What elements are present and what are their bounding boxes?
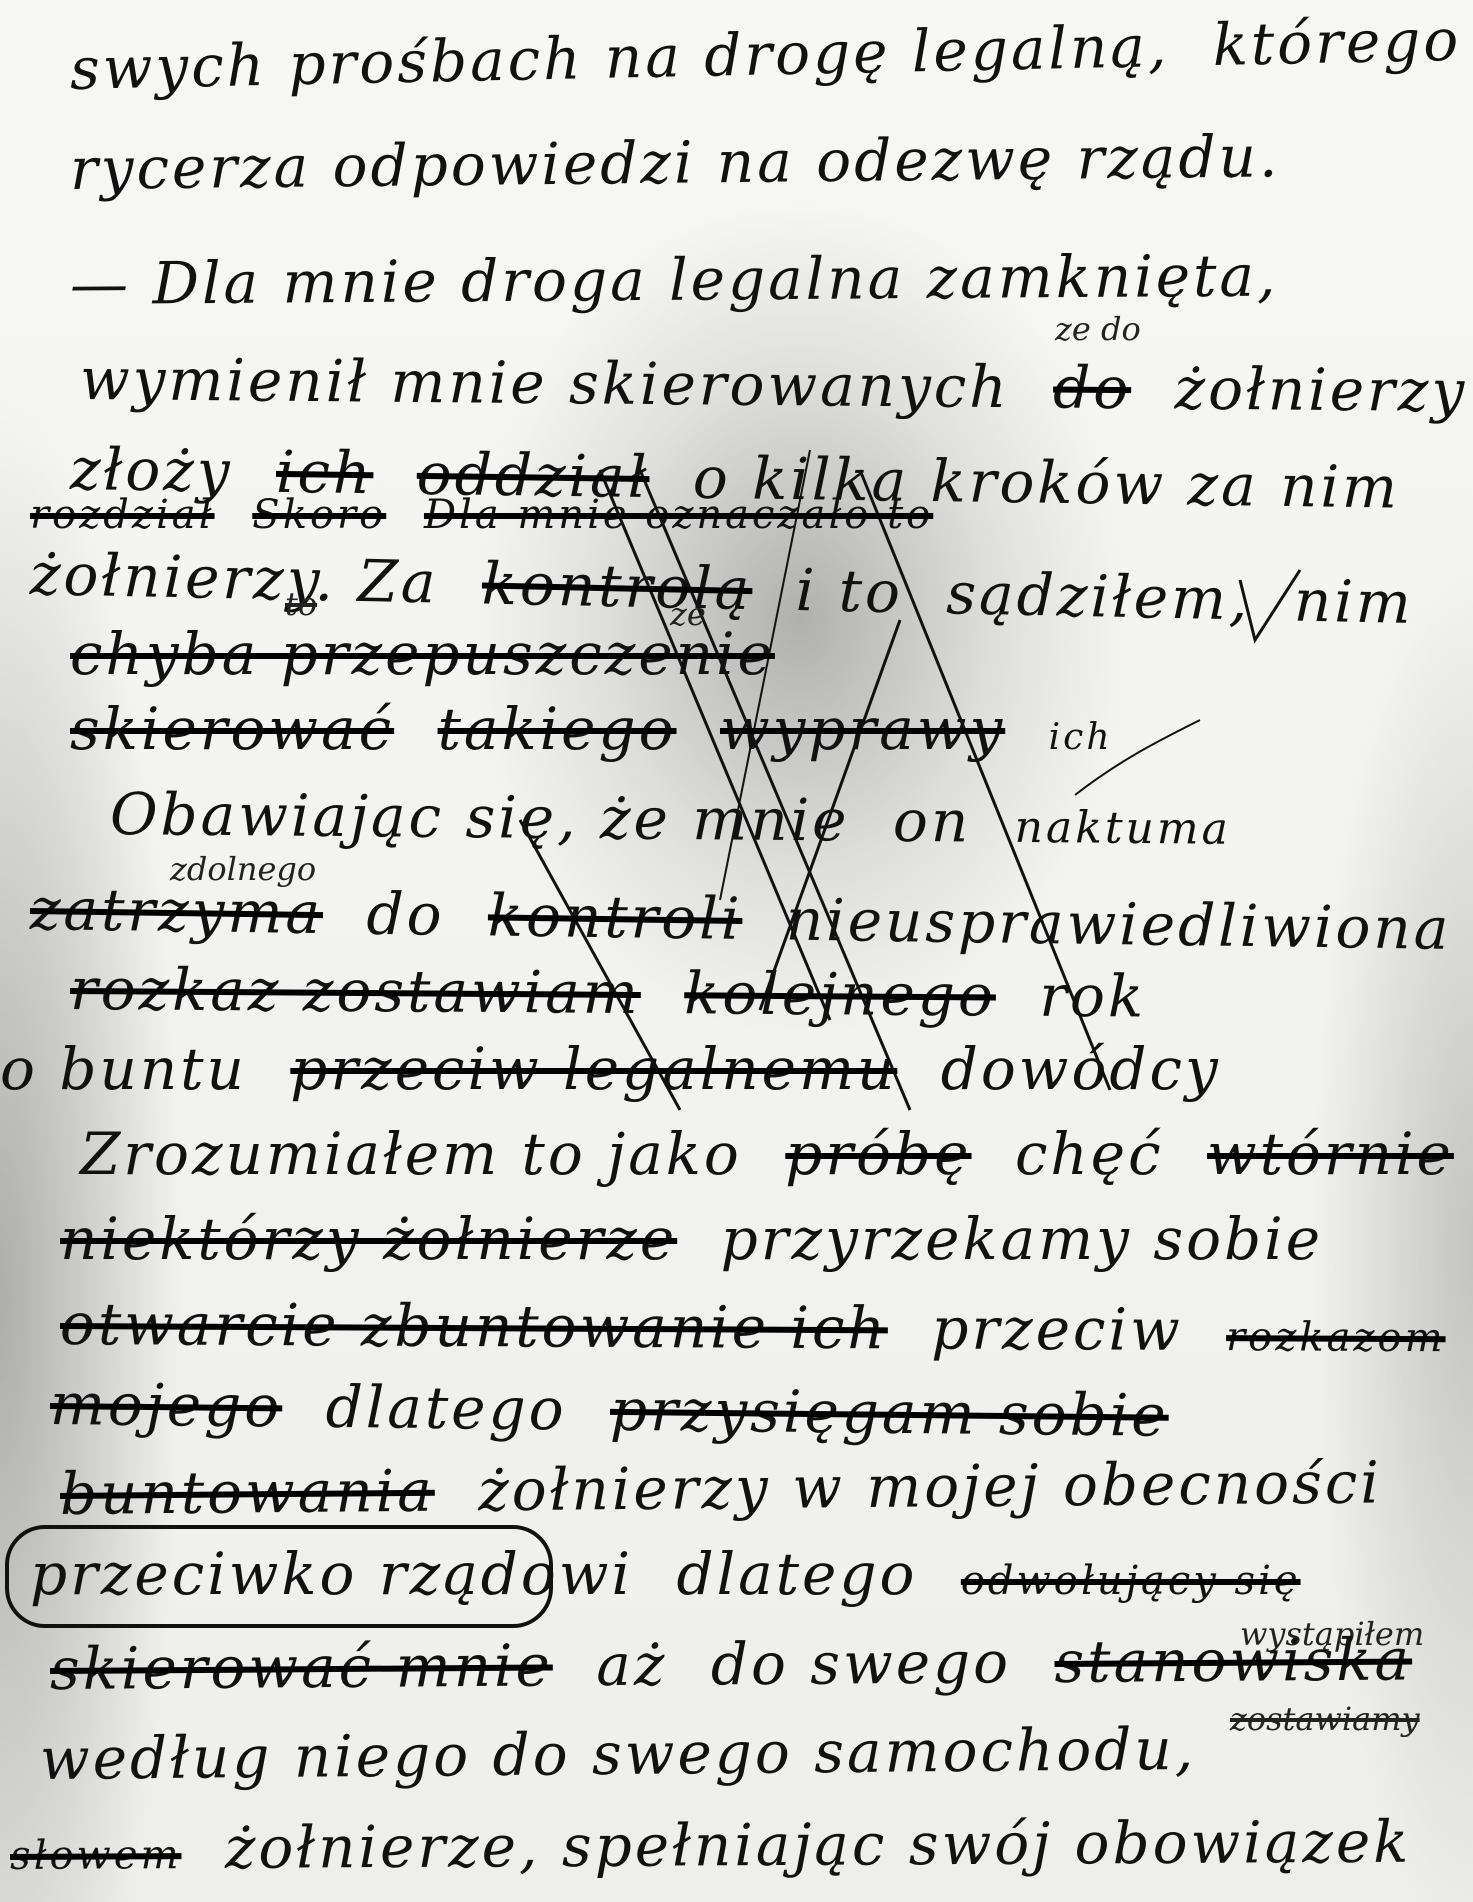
line-segment: dlatego <box>676 1545 917 1603</box>
line-segment: ich <box>1049 720 1113 756</box>
manuscript-line: chyba przepuszczenie <box>70 625 797 683</box>
struck-segment: mojego <box>50 1375 283 1435</box>
manuscript-line: przeciwko rządowi dlatego odwołujący się <box>30 1545 1323 1603</box>
manuscript-line: skierować mnie aż do swego stanowiska <box>50 1630 1435 1698</box>
manuscript-line: rozdział Skoro Dla mnie oznaczało to <box>30 495 955 535</box>
struck-segment: rozkazom <box>1226 1317 1446 1358</box>
struck-segment: Skoro <box>252 495 386 535</box>
struck-segment: rozkaz zostawiam <box>70 960 641 1022</box>
manuscript-line: buntowania żołnierzy w mojej obecności <box>60 1453 1404 1523</box>
line-segment: nieusprawiedliwiona <box>785 891 1451 958</box>
line-segment: o buntu <box>0 1040 247 1098</box>
struck-segment: przeciw legalnemu <box>290 1040 897 1098</box>
struck-segment: otwarcie zbuntowanie ich <box>60 1295 888 1357</box>
struck-segment: do <box>1053 358 1132 417</box>
manuscript-line: rozkaz zostawiam kolejnego rok <box>70 960 1169 1026</box>
line-segment: przyrzekamy sobie <box>721 1210 1323 1268</box>
manuscript-line: otwarcie zbuntowanie ich przeciw rozkazo… <box>60 1295 1468 1360</box>
struck-segment: kontroli <box>488 886 743 948</box>
manuscript-line: o buntu przeciw legalnemu dowódcy <box>0 1040 1243 1098</box>
line-segment: przeciwko rządowi <box>30 1545 633 1603</box>
line-segment: dowódcy <box>941 1040 1221 1098</box>
struck-segment: próbę <box>785 1125 971 1183</box>
line-segment: — Dla mnie droga legalna zamknięta, <box>70 247 1279 313</box>
line-segment: aż <box>596 1636 668 1694</box>
line-segment: do <box>366 885 445 944</box>
line-segment: według niego do swego samochodu, <box>40 1720 1197 1788</box>
line-segment: naktuma <box>1014 806 1231 852</box>
line-segment: rok <box>1039 967 1146 1026</box>
manuscript-line: — Dla mnie droga legalna zamknięta, <box>70 246 1301 313</box>
struck-segment: chyba przepuszczenie <box>70 625 775 683</box>
struck-segment: Dla mnie oznaczało to <box>424 495 933 535</box>
struck-segment: skierować <box>70 700 394 758</box>
line-segment: i to <box>795 561 903 621</box>
struck-segment: słowem <box>10 1835 182 1876</box>
line-segment: żołnierzy <box>1174 360 1467 421</box>
line-segment: przeciw <box>931 1300 1183 1359</box>
manuscript-line: skierować takiego wyprawy ich <box>70 700 1135 758</box>
struck-segment: zatrzyma <box>30 880 324 942</box>
manuscript-line: wymienił mnie skierowanych do żołnierzy <box>80 350 1473 420</box>
line-segment: dlatego <box>325 1378 567 1439</box>
struck-segment: niektórzy żołnierze <box>60 1210 677 1268</box>
line-segment: którego <box>1212 11 1462 74</box>
line-segment: Obawiając się, że mnie <box>110 785 850 849</box>
line-segment: Zrozumiałem to jako <box>80 1125 742 1183</box>
line-segment: do swego <box>711 1633 1012 1693</box>
interlinear-insertion: ze do <box>1055 310 1141 348</box>
manuscript-line: mojego dlatego przysięgam sobie <box>50 1375 1191 1445</box>
line-segment: żołnierze, spełniając swój obowiązek <box>225 1813 1412 1877</box>
line-segment: chęć <box>1015 1125 1164 1183</box>
line-segment: żołnierzy. Za <box>29 545 439 612</box>
struck-segment: rozdział <box>30 495 215 535</box>
manuscript-line: rycerza odpowiedzi na odezwę rządu. <box>70 127 1303 198</box>
manuscript-line: Zrozumiałem to jako próbę chęć wtórnie <box>80 1125 1473 1183</box>
struck-segment: odwołujący się <box>961 1561 1301 1601</box>
struck-segment: wyprawy <box>720 700 1005 758</box>
struck-segment: kontrolą <box>481 554 753 618</box>
manuscript-line: według niego do swego samochodu, <box>40 1720 1219 1788</box>
manuscript-line: słowem żołnierze, spełniając swój obowią… <box>10 1813 1434 1878</box>
struck-segment: kolejnego <box>684 964 996 1024</box>
line-segment: on <box>893 792 972 851</box>
struck-segment: buntowania <box>60 1462 435 1523</box>
line-segment: żołnierzy w mojej obecności <box>478 1453 1382 1519</box>
line-segment: sądziłem, <box>946 564 1251 628</box>
line-segment: nim <box>1293 571 1414 631</box>
struck-segment: wtórnie <box>1207 1125 1454 1183</box>
struck-segment: stanowiska <box>1054 1630 1412 1690</box>
manuscript-line: Obawiając się, że mnie on naktuma <box>110 785 1253 853</box>
line-segment: wymienił mnie skierowanych <box>80 350 1010 416</box>
line-segment: rycerza odpowiedzi na odezwę rządu. <box>70 127 1281 198</box>
struck-segment: przysięgam sobie <box>610 1381 1169 1445</box>
interlinear-insertion: zostawiamy <box>1230 1700 1420 1738</box>
manuscript-line: niektórzy żołnierze przyrzekamy sobie <box>60 1210 1345 1268</box>
struck-segment: takiego <box>438 700 677 758</box>
interlinear-insertion: to <box>285 585 317 623</box>
struck-segment: skierować mnie <box>50 1636 553 1698</box>
